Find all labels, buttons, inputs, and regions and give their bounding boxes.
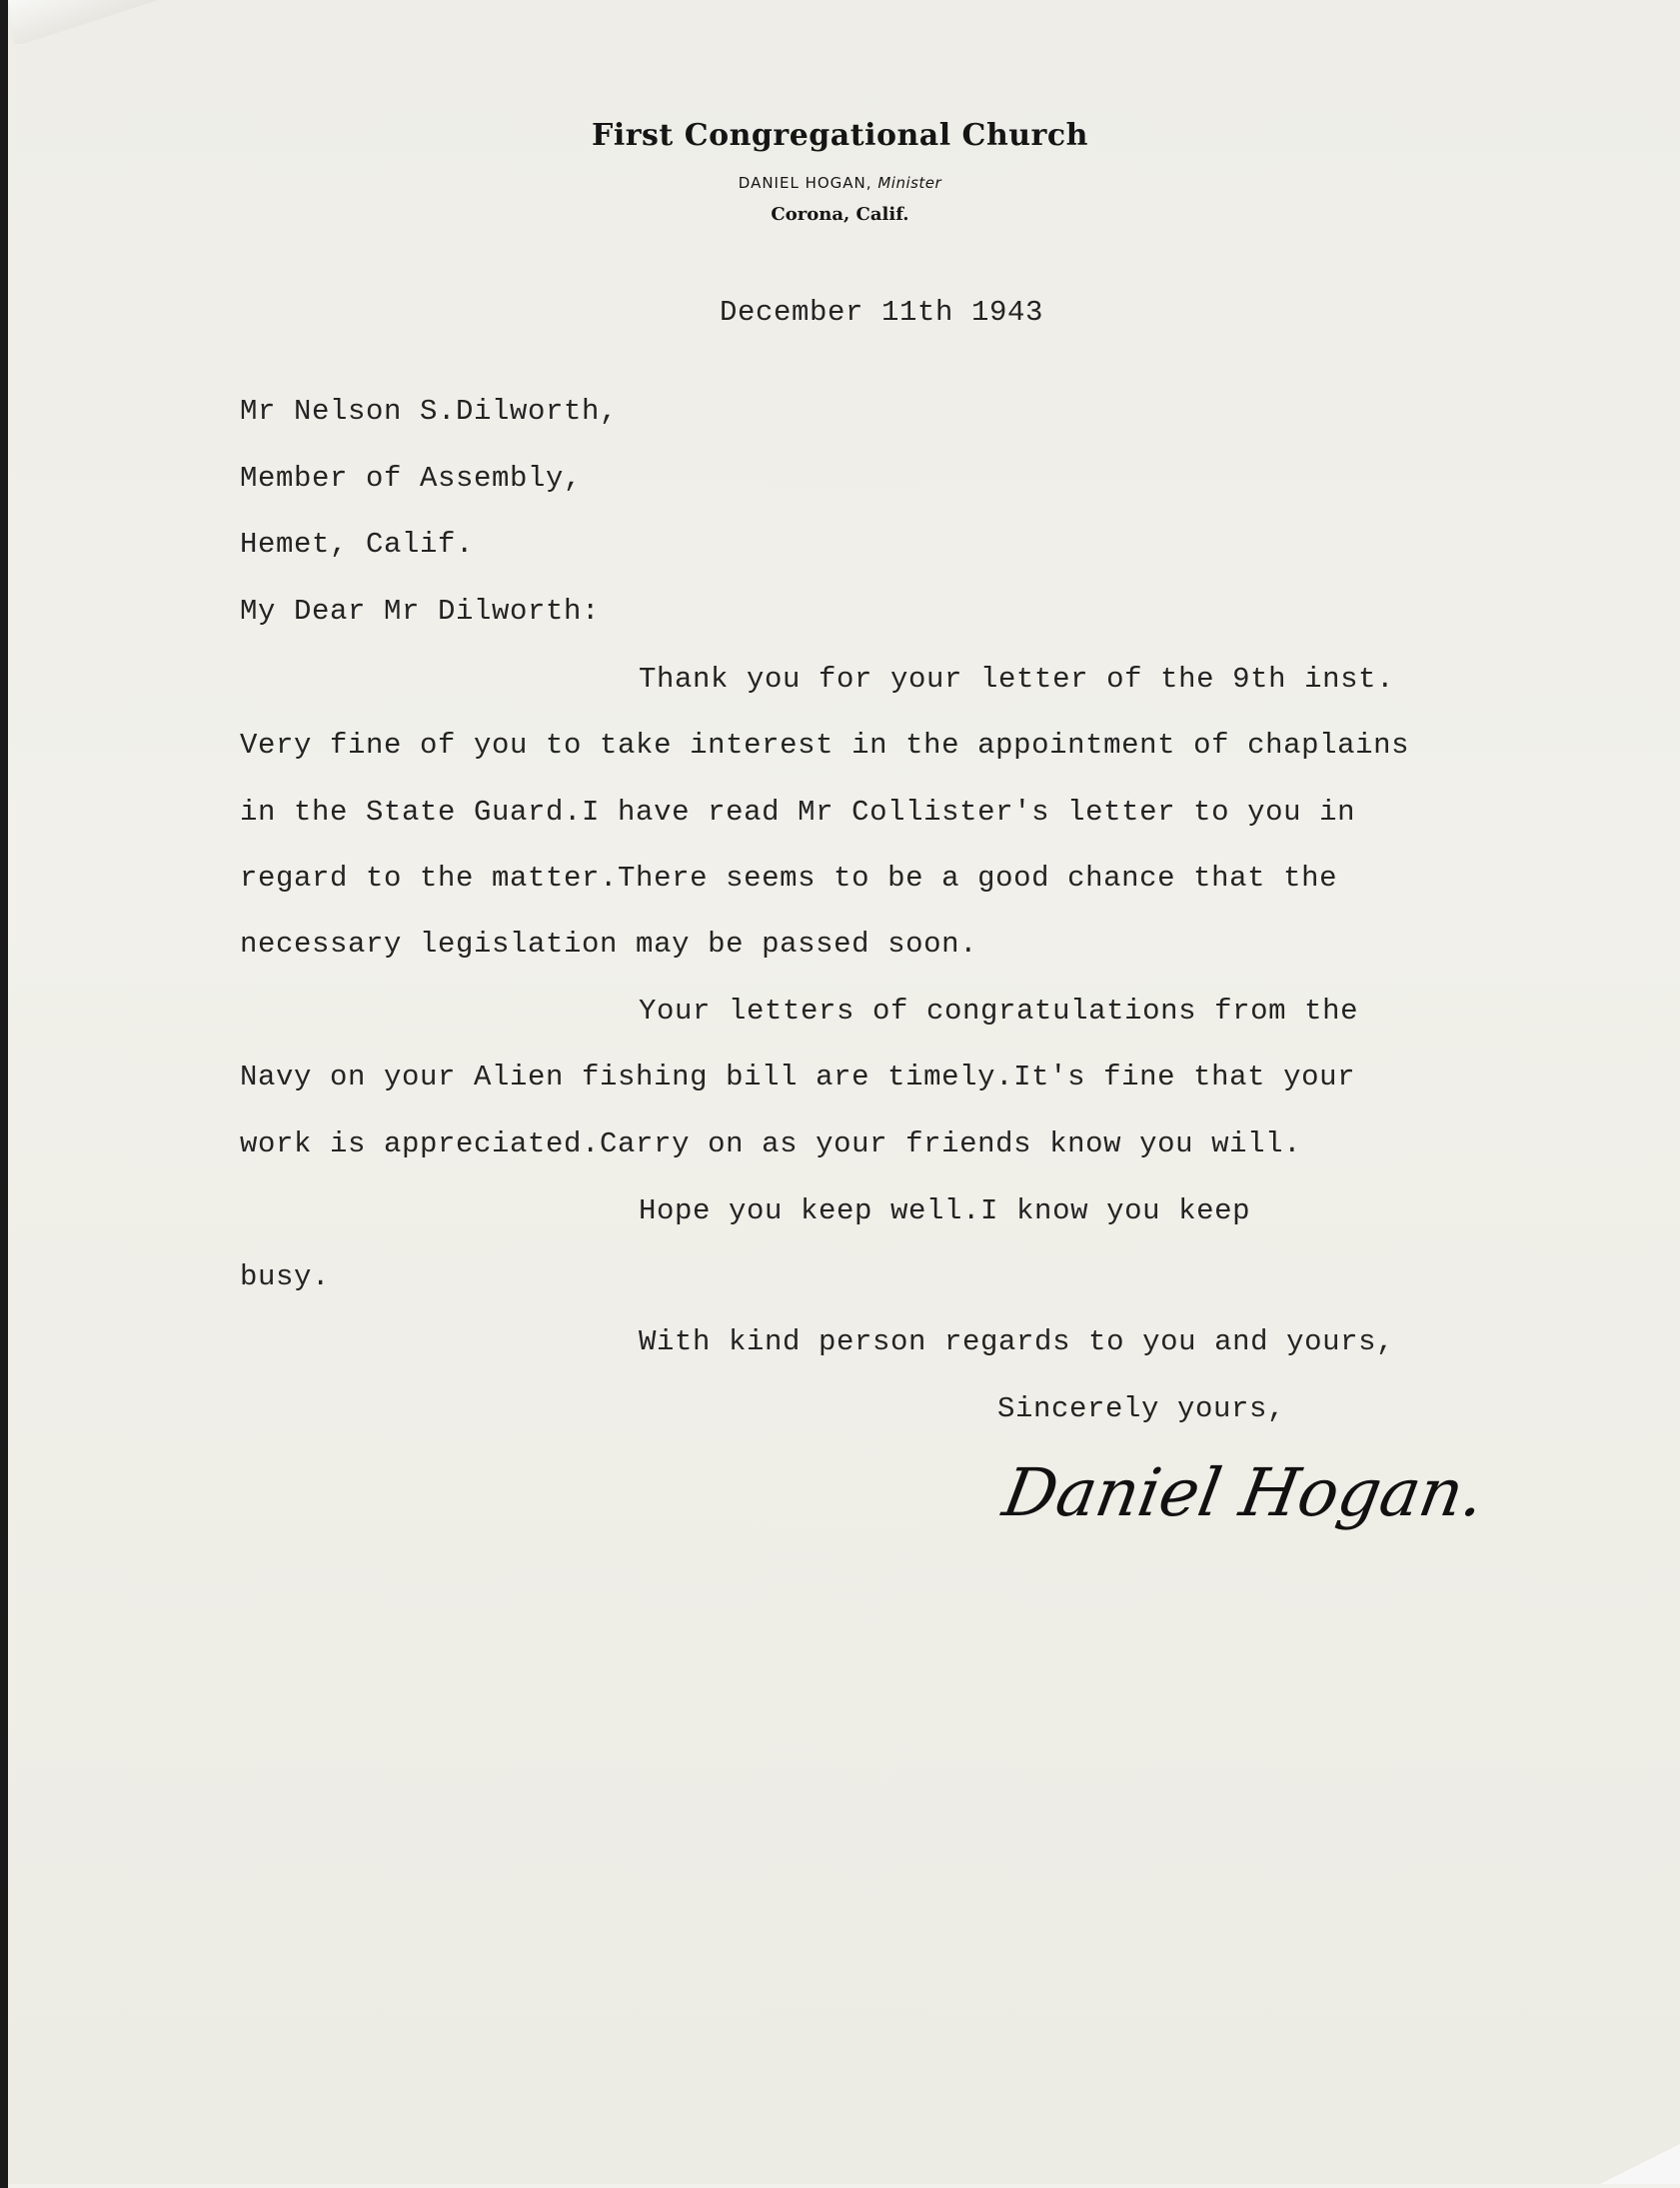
torn-corner <box>1600 2144 1680 2184</box>
body-line: Navy on your Alien fishing bill are time… <box>240 1061 1355 1094</box>
body-line: busy. <box>240 1260 330 1293</box>
closing: Sincerely yours, <box>997 1392 1285 1425</box>
letterhead-church-name: First Congregational Church <box>0 118 1680 153</box>
salutation: My Dear Mr Dilworth: <box>240 595 600 628</box>
recipient-title: Member of Assembly, <box>240 462 582 495</box>
letterhead-minister: DANIEL HOGAN, Minister <box>0 174 1680 192</box>
body-line: Very fine of you to take interest in the… <box>240 729 1409 762</box>
body-line: work is appreciated.Carry on as your fri… <box>240 1127 1301 1160</box>
body-line: Your letters of congratulations from the <box>639 995 1358 1028</box>
handwritten-signature: Daniel Hogan. <box>997 1454 1490 1531</box>
body-line: Hope you keep well.I know you keep <box>639 1194 1250 1227</box>
recipient-address: Hemet, Calif. <box>240 528 474 561</box>
body-line: Thank you for your letter of the 9th ins… <box>639 663 1394 696</box>
body-line: With kind person regards to you and your… <box>639 1325 1394 1358</box>
recipient-name: Mr Nelson S.Dilworth, <box>240 395 618 428</box>
body-line: in the State Guard.I have read Mr Collis… <box>240 796 1355 829</box>
body-line: necessary legislation may be passed soon… <box>240 928 977 961</box>
minister-title: Minister <box>877 174 941 192</box>
letter-date: December 11th 1943 <box>720 296 1043 329</box>
letterhead-city: Corona, Calif. <box>0 204 1680 225</box>
scan-edge <box>0 0 8 2188</box>
folded-corner <box>8 0 158 44</box>
body-line: regard to the matter.There seems to be a… <box>240 862 1337 895</box>
minister-name: DANIEL HOGAN, <box>739 174 872 192</box>
